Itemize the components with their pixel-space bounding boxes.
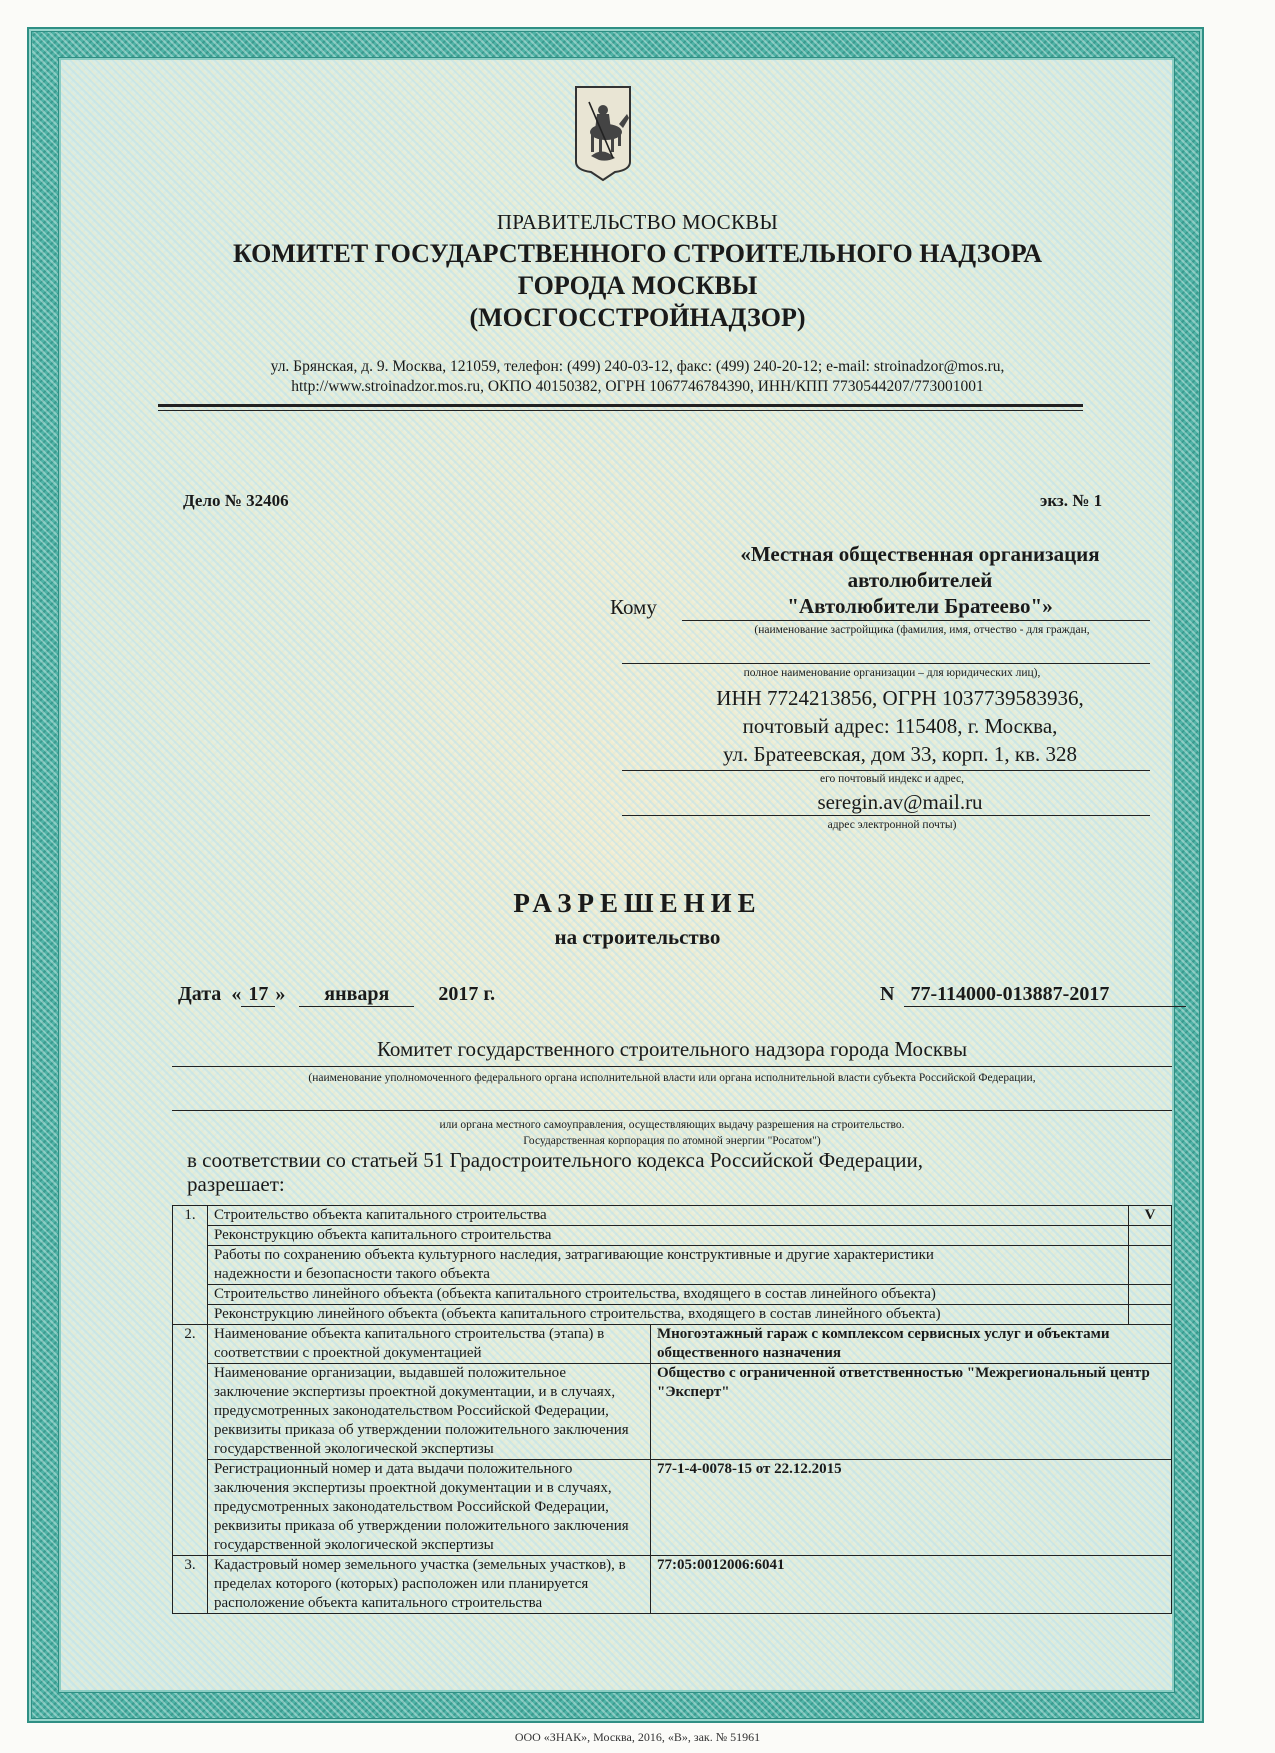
legal-basis-line: в соответствии со статьей 51 Градостроит… (187, 1148, 1167, 1172)
permit-number-label: N (880, 983, 894, 1006)
recipient-underline-2 (622, 663, 1150, 664)
field-label: Регистрационный номер и дата выдачи поло… (208, 1460, 651, 1556)
permit-type-label: Реконструкцию линейного объекта (объекта… (208, 1305, 1129, 1325)
contacts-line: ул. Брянская, д. 9. Москва, 121059, теле… (0, 357, 1275, 377)
field-label: Наименование объекта капитального строит… (208, 1325, 651, 1364)
table-row: 1. Строительство объекта капитального ст… (173, 1206, 1172, 1226)
moscow-coat-of-arms-icon (573, 84, 633, 184)
header-divider (158, 404, 1083, 407)
section-number: 2. (173, 1325, 208, 1556)
email-note: адрес электронной почты) (622, 819, 1162, 831)
permit-type-label: Строительство объекта капитального строи… (208, 1206, 1129, 1226)
recipient-underline (682, 620, 1150, 621)
issuer-note-2: или органа местного самоуправления, осущ… (172, 1117, 1172, 1149)
permit-number-value: 77-114000-013887-2017 (904, 983, 1186, 1007)
issuer-underline (172, 1066, 1172, 1067)
permit-type-label: Работы по сохранению объекта культурного… (208, 1246, 1129, 1285)
recipient-address: ИНН 7724213856, ОГРН 1037739583936, почт… (620, 684, 1180, 768)
recipient-name-line: «Местная общественная организация (660, 541, 1180, 567)
permit-type-checkmark (1129, 1285, 1172, 1305)
recipient-name-note: (наименование застройщика (фамилия, имя,… (682, 624, 1162, 636)
permit-type-label: Строительство линейного объекта (объекта… (208, 1285, 1129, 1305)
legal-basis: в соответствии со статьей 51 Градостроит… (187, 1148, 1167, 1196)
issuer-note-line: или органа местного самоуправления, осущ… (172, 1117, 1172, 1133)
table-row: Реконструкцию линейного объекта (объекта… (173, 1305, 1172, 1325)
recipient-name-line: "Автолюбители Братеево"» (660, 593, 1180, 619)
permit-date: Дата « 17 » января 2017 г. (178, 983, 495, 1007)
field-value: 77-1-4-0078-15 от 22.12.2015 (651, 1460, 1172, 1556)
recipient-name-line: автолюбителей (660, 567, 1180, 593)
email-underline (622, 815, 1150, 816)
issuer-note-line: Государственная корпорация по атомной эн… (172, 1133, 1172, 1149)
issuing-authority: Комитет государственного строительного н… (172, 1037, 1172, 1062)
date-month: января (299, 983, 414, 1007)
permit-type-checkmark (1129, 1226, 1172, 1246)
issuer-note: (наименование уполномоченного федерально… (172, 1072, 1172, 1084)
issuer-underline-2 (172, 1110, 1172, 1111)
committee-name: КОМИТЕТ ГОСУДАРСТВЕННОГО СТРОИТЕЛЬНОГО Н… (0, 238, 1275, 334)
recipient-name-note-2: полное наименование организации – для юр… (622, 667, 1162, 679)
field-value: 77:05:0012006:6041 (651, 1556, 1172, 1614)
permit-number: N 77-114000-013887-2017 (880, 983, 1186, 1007)
contacts-line: http://www.stroinadzor.mos.ru, ОКПО 4015… (0, 377, 1275, 397)
recipient-address-line: почтовый адрес: 115408, г. Москва, (620, 712, 1180, 740)
permit-type-checkmark: V (1129, 1206, 1172, 1226)
date-day: 17 (241, 983, 275, 1007)
section-number: 1. (173, 1206, 208, 1325)
recipient-name: «Местная общественная организация автолю… (660, 541, 1180, 619)
table-row: Регистрационный номер и дата выдачи поло… (173, 1460, 1172, 1556)
permit-title: РАЗРЕШЕНИЕ (0, 888, 1275, 919)
permit-type-checkmark (1129, 1305, 1172, 1325)
permit-type-label: Реконструкцию объекта капитального строи… (208, 1226, 1129, 1246)
field-label: Кадастровый номер земельного участка (зе… (208, 1556, 651, 1614)
recipient-address-line: ИНН 7724213856, ОГРН 1037739583936, (620, 684, 1180, 712)
committee-contacts: ул. Брянская, д. 9. Москва, 121059, теле… (0, 357, 1275, 397)
section-number: 3. (173, 1556, 208, 1614)
table-row: 2. Наименование объекта капитального стр… (173, 1325, 1172, 1364)
committee-line: (МОСГОССТРОЙНАДЗОР) (0, 302, 1275, 334)
table-row: 3. Кадастровый номер земельного участка … (173, 1556, 1172, 1614)
date-year: 2017 г. (438, 983, 495, 1006)
table-row: Строительство линейного объекта (объекта… (173, 1285, 1172, 1305)
legal-basis-line: разрешает: (187, 1172, 1167, 1196)
recipient-label: Кому (610, 595, 657, 620)
field-value: Общество с ограниченной ответственностью… (651, 1364, 1172, 1460)
committee-line: ГОРОДА МОСКВЫ (0, 270, 1275, 302)
field-value: Многоэтажный гараж с комплексом сервисны… (651, 1325, 1172, 1364)
address-note: его почтовый индекс и адрес, (622, 773, 1162, 785)
address-underline (622, 770, 1150, 771)
header-divider-thin (158, 410, 1083, 411)
copy-number: экз. № 1 (1040, 491, 1102, 511)
field-label: Наименование организации, выдавшей полож… (208, 1364, 651, 1460)
table-row: Работы по сохранению объекта культурного… (173, 1246, 1172, 1285)
recipient-address-line: ул. Братеевская, дом 33, корп. 1, кв. 32… (620, 740, 1180, 768)
case-number: Дело № 32406 (183, 491, 289, 511)
permit-type-checkmark (1129, 1246, 1172, 1285)
government-name: ПРАВИТЕЛЬСТВО МОСКВЫ (0, 210, 1275, 235)
date-label: Дата (178, 983, 221, 1006)
permit-details-table: 1. Строительство объекта капитального ст… (172, 1205, 1172, 1614)
table-row: Наименование организации, выдавшей полож… (173, 1364, 1172, 1460)
recipient-email: seregin.av@mail.ru (630, 790, 1170, 815)
date-open-quote: « (231, 983, 241, 1006)
table-row: Реконструкцию объекта капитального строи… (173, 1226, 1172, 1246)
permit-subtitle: на строительство (0, 925, 1275, 950)
printer-imprint: ООО «ЗНАК», Москва, 2016, «В», зак. № 51… (0, 1730, 1275, 1745)
date-close-quote: » (275, 983, 285, 1006)
committee-line: КОМИТЕТ ГОСУДАРСТВЕННОГО СТРОИТЕЛЬНОГО Н… (0, 238, 1275, 270)
